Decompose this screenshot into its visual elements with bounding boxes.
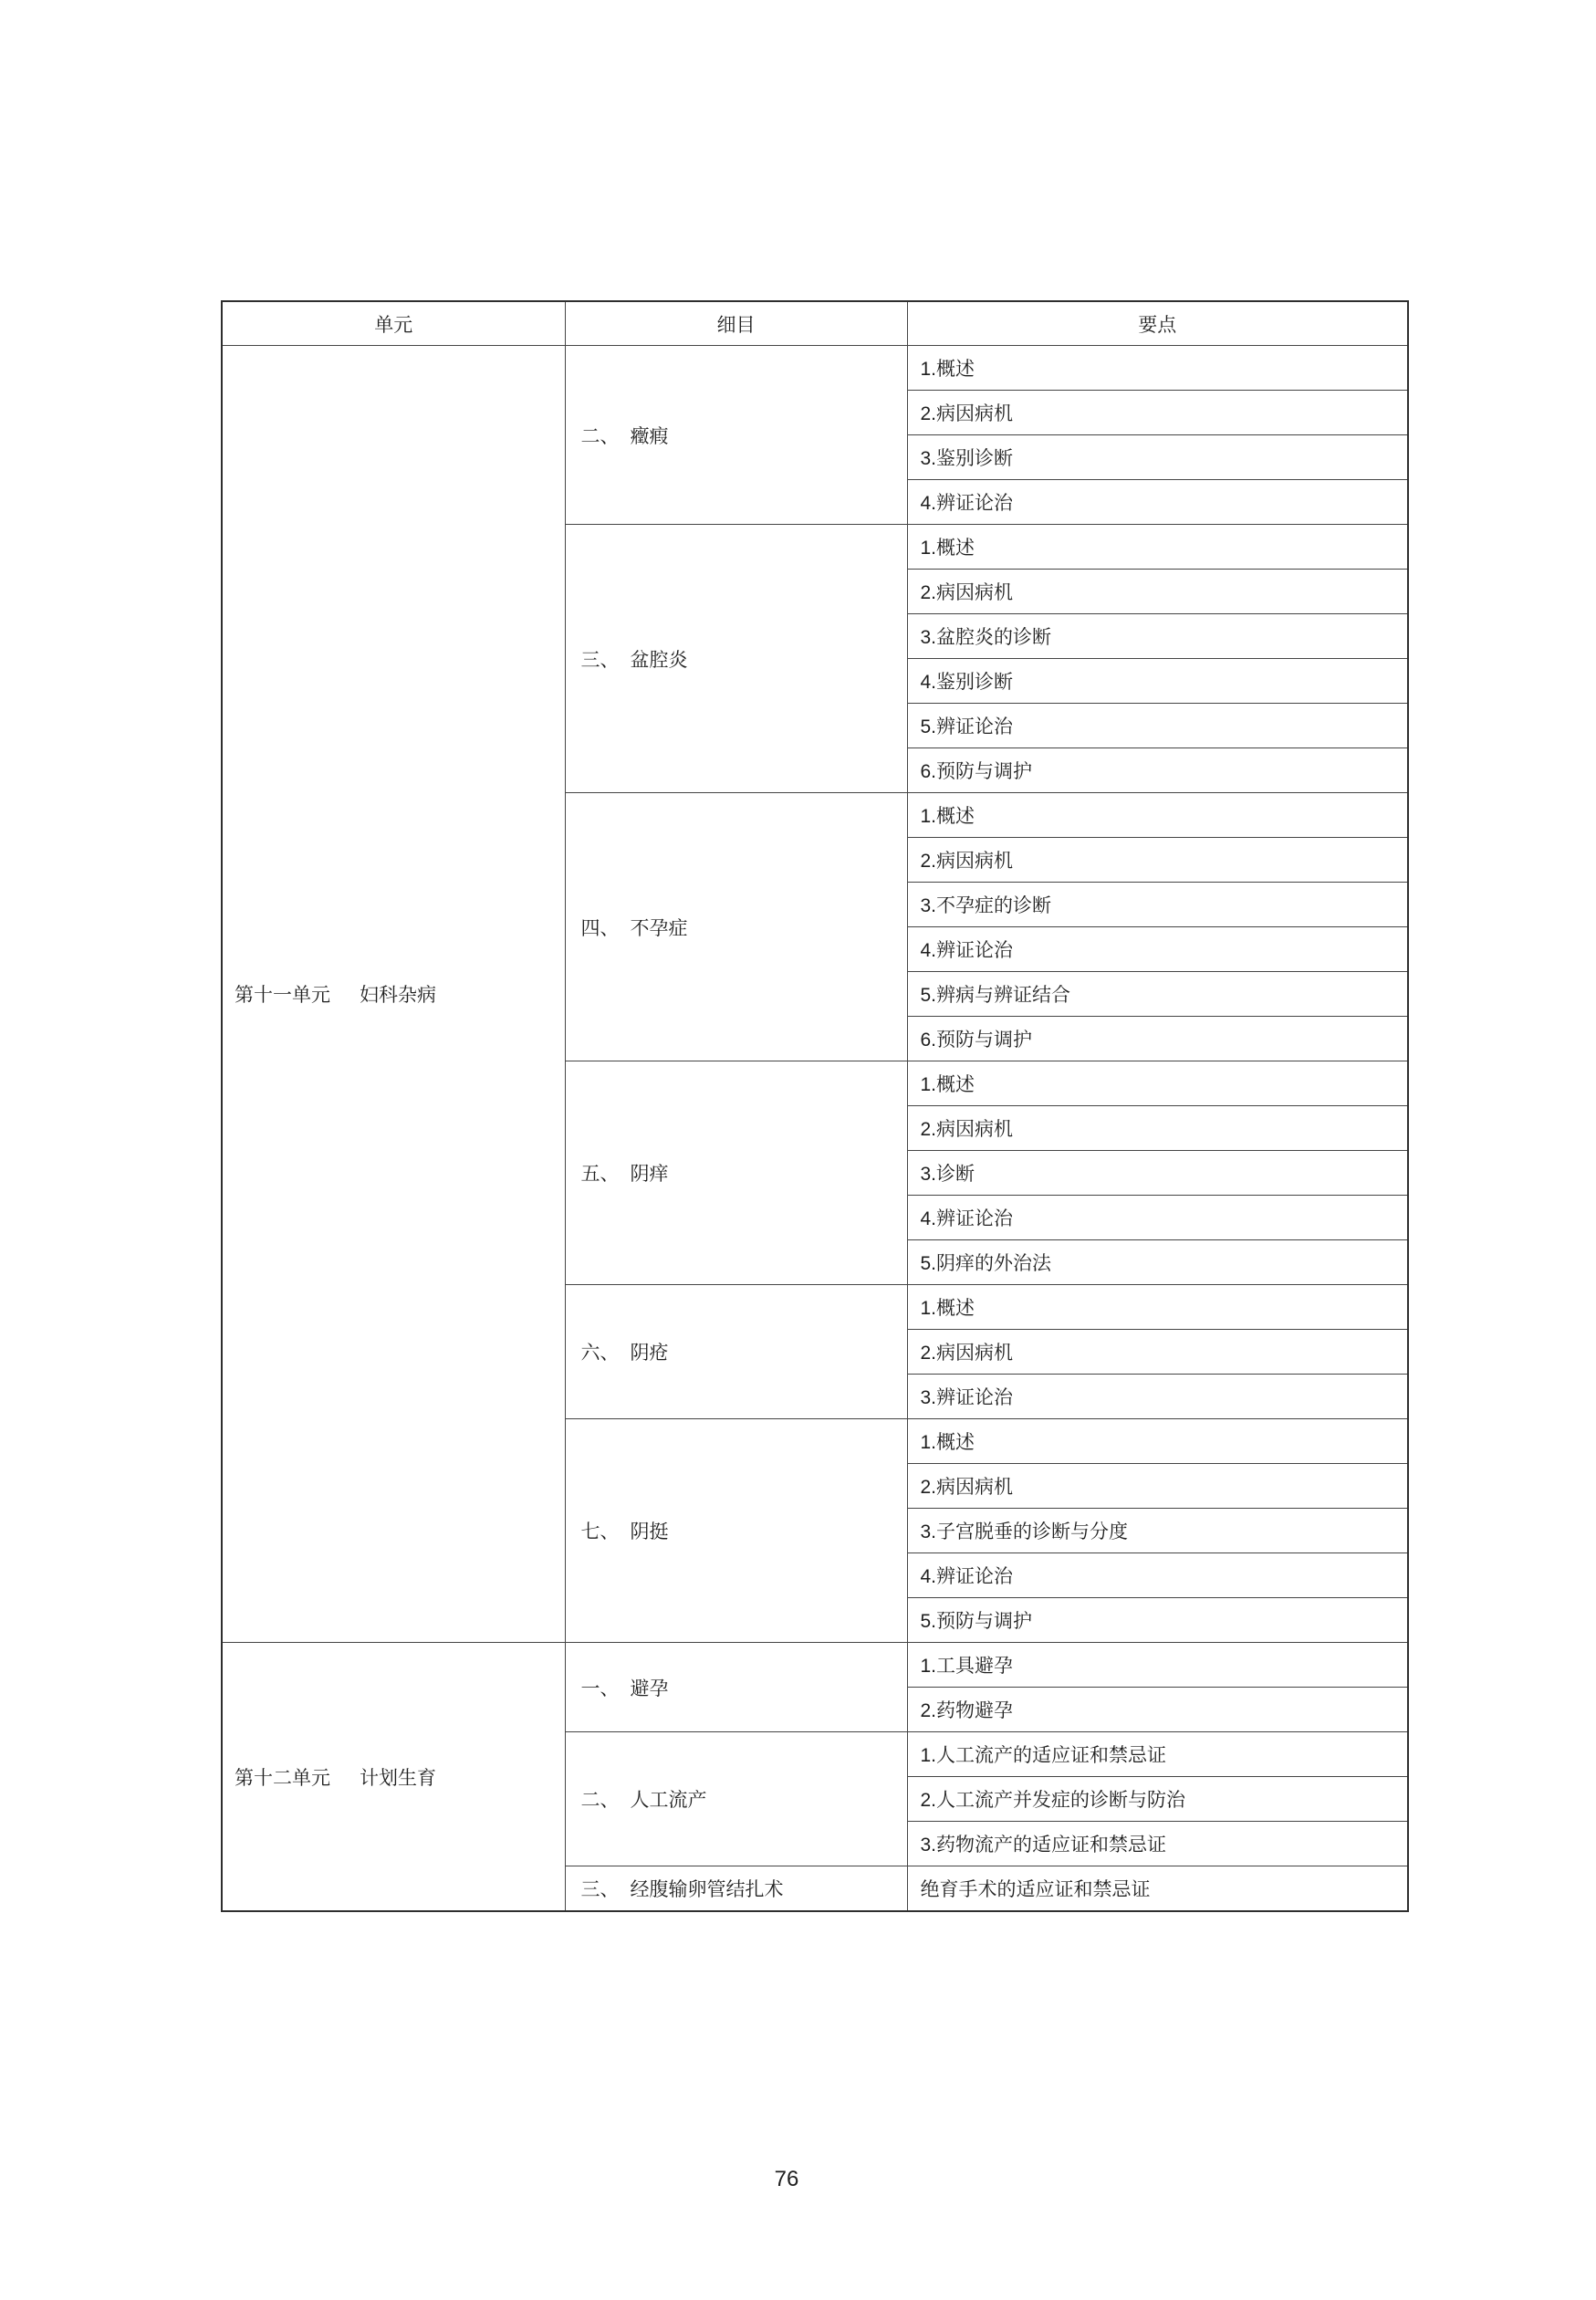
item-number: 三、 (581, 1879, 620, 1900)
point-cell: 1.概述 (907, 346, 1408, 391)
item-cell: 五、阴痒 (565, 1061, 907, 1285)
item-cell: 二、人工流产 (565, 1732, 907, 1866)
point-cell: 1.概述 (907, 525, 1408, 570)
point-cell: 4.鉴别诊断 (907, 659, 1408, 704)
syllabus-table: 单元 细目 要点 第十一单元妇科杂病二、癥瘕1.概述2.病因病机3.鉴别诊断4.… (221, 300, 1409, 1912)
point-cell: 3.辨证论治 (907, 1375, 1408, 1419)
unit-title: 妇科杂病 (360, 985, 436, 1006)
point-cell: 1.概述 (907, 1419, 1408, 1464)
point-cell: 5.阴痒的外治法 (907, 1240, 1408, 1285)
item-cell: 三、经腹输卵管结扎术 (565, 1866, 907, 1912)
unit-cell: 第十二单元计划生育 (222, 1643, 565, 1912)
unit-title: 计划生育 (360, 1768, 436, 1789)
item-number: 二、 (581, 426, 620, 447)
point-cell: 1.人工流产的适应证和禁忌证 (907, 1732, 1408, 1777)
item-cell: 六、阴疮 (565, 1285, 907, 1419)
point-cell: 6.预防与调护 (907, 748, 1408, 793)
point-cell: 2.病因病机 (907, 1330, 1408, 1375)
item-number: 六、 (581, 1343, 620, 1364)
point-cell: 2.药物避孕 (907, 1688, 1408, 1732)
item-name: 阴挺 (631, 1521, 669, 1542)
col-header-unit: 单元 (222, 301, 565, 346)
item-name: 经腹输卵管结扎术 (631, 1879, 784, 1900)
item-name: 阴痒 (631, 1164, 669, 1185)
point-cell: 3.药物流产的适应证和禁忌证 (907, 1822, 1408, 1866)
item-cell: 一、避孕 (565, 1643, 907, 1732)
point-cell: 1.工具避孕 (907, 1643, 1408, 1688)
point-cell: 3.鉴别诊断 (907, 435, 1408, 480)
point-cell: 3.不孕症的诊断 (907, 883, 1408, 927)
point-cell: 绝育手术的适应证和禁忌证 (907, 1866, 1408, 1912)
table-row: 第十一单元妇科杂病二、癥瘕1.概述 (222, 346, 1408, 391)
item-cell: 四、不孕症 (565, 793, 907, 1061)
point-cell: 6.预防与调护 (907, 1017, 1408, 1061)
point-cell: 3.子宫脱垂的诊断与分度 (907, 1509, 1408, 1553)
unit-number: 第十一单元 (235, 985, 330, 1006)
point-cell: 5.辨证论治 (907, 704, 1408, 748)
point-cell: 5.辨病与辨证结合 (907, 972, 1408, 1017)
page-number: 76 (775, 2167, 799, 2192)
point-cell: 3.盆腔炎的诊断 (907, 614, 1408, 659)
table-row: 第十二单元计划生育一、避孕1.工具避孕 (222, 1643, 1408, 1688)
point-cell: 2.病因病机 (907, 570, 1408, 614)
item-number: 五、 (581, 1164, 620, 1185)
point-cell: 2.病因病机 (907, 838, 1408, 883)
table-body: 第十一单元妇科杂病二、癥瘕1.概述2.病因病机3.鉴别诊断4.辨证论治三、盆腔炎… (222, 346, 1408, 1912)
col-header-item: 细目 (565, 301, 907, 346)
unit-number: 第十二单元 (235, 1768, 330, 1789)
item-name: 癥瘕 (631, 426, 669, 447)
point-cell: 4.辨证论治 (907, 927, 1408, 972)
point-cell: 2.病因病机 (907, 391, 1408, 435)
point-cell: 4.辨证论治 (907, 480, 1408, 525)
point-cell: 5.预防与调护 (907, 1598, 1408, 1643)
item-name: 不孕症 (631, 918, 688, 939)
point-cell: 1.概述 (907, 793, 1408, 838)
item-number: 三、 (581, 650, 620, 671)
item-number: 二、 (581, 1790, 620, 1811)
item-number: 七、 (581, 1521, 620, 1542)
item-number: 四、 (581, 918, 620, 939)
item-name: 避孕 (631, 1678, 669, 1699)
item-name: 人工流产 (631, 1790, 707, 1811)
unit-cell: 第十一单元妇科杂病 (222, 346, 565, 1643)
col-header-point: 要点 (907, 301, 1408, 346)
item-cell: 三、盆腔炎 (565, 525, 907, 793)
item-cell: 二、癥瘕 (565, 346, 907, 525)
item-name: 阴疮 (631, 1343, 669, 1364)
item-cell: 七、阴挺 (565, 1419, 907, 1643)
header-row: 单元 细目 要点 (222, 301, 1408, 346)
point-cell: 2.人工流产并发症的诊断与防治 (907, 1777, 1408, 1822)
item-name: 盆腔炎 (631, 650, 688, 671)
point-cell: 3.诊断 (907, 1151, 1408, 1196)
item-number: 一、 (581, 1678, 620, 1699)
point-cell: 2.病因病机 (907, 1464, 1408, 1509)
point-cell: 1.概述 (907, 1061, 1408, 1106)
point-cell: 4.辨证论治 (907, 1196, 1408, 1240)
point-cell: 4.辨证论治 (907, 1553, 1408, 1598)
point-cell: 2.病因病机 (907, 1106, 1408, 1151)
point-cell: 1.概述 (907, 1285, 1408, 1330)
